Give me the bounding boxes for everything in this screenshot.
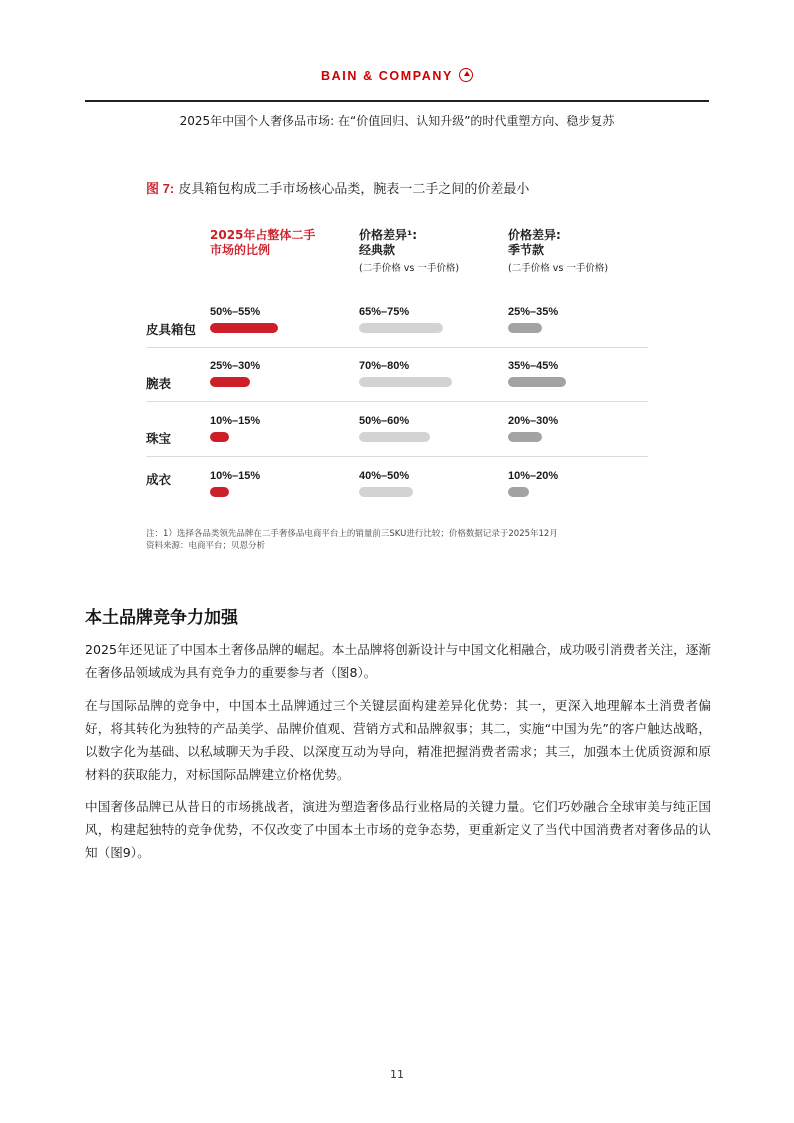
- classic-bar: [359, 432, 430, 442]
- brand-logo: BAIN & COMPANY: [0, 68, 794, 83]
- chart-row-leather-goods: 皮具箱包 50%–55% 65%–75% 25%–35%: [146, 306, 648, 360]
- classic-cell: 50%–60%: [359, 415, 430, 442]
- column-subheader: (二手价格 vs 一手价格): [359, 261, 459, 276]
- figure-title: 图 7: 皮具箱包构成二手市场核心品类，腕表一二手之间的价差最小: [146, 178, 529, 197]
- column-header-line: 季节款: [508, 243, 544, 257]
- classic-bar: [359, 377, 452, 387]
- figure-number: 图 7:: [146, 181, 174, 196]
- row-divider: [146, 347, 648, 348]
- share-bar: [210, 432, 229, 442]
- seasonal-bar: [508, 487, 529, 497]
- share-value: 50%–55%: [210, 306, 278, 321]
- body-paragraph: 在与国际品牌的竞争中，中国本土品牌通过三个关键层面构建差异化优势：其一，更深入地…: [85, 694, 711, 786]
- column-header-line: 2025年占整体二手: [210, 228, 315, 242]
- brand-name: BAIN & COMPANY: [321, 69, 453, 83]
- share-value: 10%–15%: [210, 470, 260, 485]
- seasonal-value: 35%–45%: [508, 360, 566, 375]
- column-header-classic: 价格差异¹: 经典款 (二手价格 vs 一手价格): [359, 228, 459, 276]
- seasonal-bar: [508, 432, 542, 442]
- chart-row-apparel: 成衣 10%–15% 40%–50% 10%–20%: [146, 470, 648, 524]
- figure-caption: 皮具箱包构成二手市场核心品类，腕表一二手之间的价差最小: [178, 182, 529, 197]
- classic-value: 40%–50%: [359, 470, 413, 485]
- column-header-share: 2025年占整体二手 市场的比例: [210, 228, 330, 258]
- column-header-line: 价格差异¹:: [359, 228, 417, 242]
- seasonal-cell: 35%–45%: [508, 360, 566, 387]
- column-header-seasonal: 价格差异: 季节款 (二手价格 vs 一手价格): [508, 228, 608, 276]
- section-heading: 本土品牌竞争力加强: [85, 603, 238, 628]
- seasonal-value: 20%–30%: [508, 415, 558, 430]
- seasonal-bar: [508, 377, 566, 387]
- bain-compass-icon: [459, 68, 473, 82]
- classic-bar: [359, 323, 443, 333]
- classic-cell: 70%–80%: [359, 360, 452, 387]
- share-cell: 10%–15%: [210, 415, 260, 442]
- seasonal-bar: [508, 323, 542, 333]
- seasonal-cell: 20%–30%: [508, 415, 558, 442]
- column-header-line: 价格差异:: [508, 228, 561, 242]
- figure-notes: 注：1）选择各品类领先品牌在二手奢侈品电商平台上的销量前三SKU进行比较；价格数…: [146, 528, 558, 552]
- classic-cell: 65%–75%: [359, 306, 443, 333]
- share-bar: [210, 323, 278, 333]
- row-divider: [146, 401, 648, 402]
- column-header-line: 经典款: [359, 243, 395, 257]
- share-value: 25%–30%: [210, 360, 260, 375]
- classic-value: 65%–75%: [359, 306, 443, 321]
- share-cell: 50%–55%: [210, 306, 278, 333]
- share-cell: 25%–30%: [210, 360, 260, 387]
- share-cell: 10%–15%: [210, 470, 260, 497]
- chart-row-watches: 腕表 25%–30% 70%–80% 35%–45%: [146, 360, 648, 414]
- body-paragraph: 中国奢侈品牌已从昔日的市场挑战者，演进为塑造奢侈品行业格局的关键力量。它们巧妙融…: [85, 795, 711, 864]
- classic-bar: [359, 487, 413, 497]
- page-number: 11: [0, 1068, 794, 1081]
- seasonal-cell: 10%–20%: [508, 470, 558, 497]
- chart-row-jewelry: 珠宝 10%–15% 50%–60% 20%–30%: [146, 415, 648, 469]
- running-title: 2025年中国个人奢侈品市场: 在“价值回归、认知升级”的时代重塑方向、稳步复苏: [0, 112, 794, 129]
- category-label: 成衣: [146, 470, 171, 488]
- source-note: 资料来源：电商平台；贝恩分析: [146, 540, 558, 552]
- share-bar: [210, 377, 250, 387]
- footnote: 注：1）选择各品类领先品牌在二手奢侈品电商平台上的销量前三SKU进行比较；价格数…: [146, 528, 558, 540]
- seasonal-value: 25%–35%: [508, 306, 558, 321]
- column-header-line: 市场的比例: [210, 243, 270, 257]
- category-label: 皮具箱包: [146, 320, 196, 338]
- category-label: 珠宝: [146, 429, 171, 447]
- category-label: 腕表: [146, 374, 171, 392]
- header-divider: [85, 100, 709, 102]
- seasonal-cell: 25%–35%: [508, 306, 558, 333]
- classic-value: 50%–60%: [359, 415, 430, 430]
- share-value: 10%–15%: [210, 415, 260, 430]
- classic-value: 70%–80%: [359, 360, 452, 375]
- share-bar: [210, 487, 229, 497]
- body-paragraph: 2025年还见证了中国本土奢侈品牌的崛起。本土品牌将创新设计与中国文化相融合，成…: [85, 638, 711, 684]
- classic-cell: 40%–50%: [359, 470, 413, 497]
- row-divider: [146, 456, 648, 457]
- column-subheader: (二手价格 vs 一手价格): [508, 261, 608, 276]
- seasonal-value: 10%–20%: [508, 470, 558, 485]
